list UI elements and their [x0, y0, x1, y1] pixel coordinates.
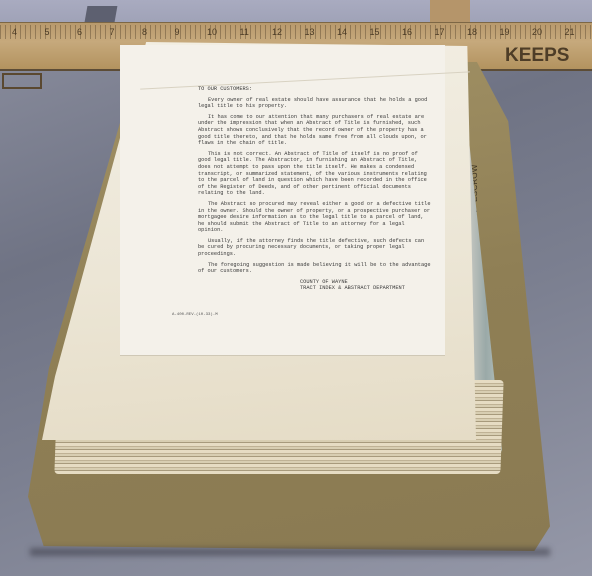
bowtie-logo-icon: [2, 73, 42, 89]
notice-salutation: TO OUR CUSTOMERS:: [198, 86, 433, 93]
ruler-number: 21: [565, 27, 575, 37]
ruler-slogan-text: KEEPS: [505, 45, 569, 67]
ruler-scale: 456789101112131415161718192021: [0, 25, 592, 39]
ruler-number: 9: [175, 27, 180, 37]
ruler-number: 19: [500, 27, 510, 37]
ruler-number: 8: [142, 27, 147, 37]
form-number: A-400-REV-(10-33)-M: [172, 313, 218, 317]
notice-paragraph: Every owner of real estate should have a…: [198, 97, 433, 110]
notice-paragraph: The Abstract so procured may reveal eith…: [198, 201, 433, 234]
ruler-number: 10: [207, 27, 217, 37]
ruler-number: 18: [467, 27, 477, 37]
ruler-number: 6: [77, 27, 82, 37]
ruler-number: 7: [110, 27, 115, 37]
ruler-number: 14: [337, 27, 347, 37]
customer-notice: TO OUR CUSTOMERS: Every owner of real es…: [198, 86, 433, 292]
ruler-number: 4: [12, 27, 17, 37]
notice-paragraph: It has come to our attention that many p…: [198, 114, 433, 147]
ruler-number: 15: [370, 27, 380, 37]
notice-paragraph: Usually, if the attorney finds the title…: [198, 238, 433, 258]
notice-signature-line2: TRACT INDEX & ABSTRACT DEPARTMENT: [300, 285, 433, 292]
ruler-number: 20: [532, 27, 542, 37]
ruler-number: 12: [272, 27, 282, 37]
notice-paragraph: This is not correct. An Abstract of Titl…: [198, 151, 433, 197]
notice-signature-line1: COUNTY OF WAYNE: [300, 279, 433, 286]
ruler-number: 17: [435, 27, 445, 37]
notice-paragraph: The foregoing suggestion is made believi…: [198, 262, 433, 275]
ruler-number: 5: [45, 27, 50, 37]
photo-scene: 456789101112131415161718192021 RST KEEPS…: [0, 0, 592, 576]
envelope-shadow: [30, 548, 550, 556]
ruler-number: 13: [305, 27, 315, 37]
ruler-number: 16: [402, 27, 412, 37]
ruler-number: 11: [240, 27, 249, 37]
notice-body: Every owner of real estate should have a…: [198, 97, 433, 275]
metal-clip: [85, 6, 118, 22]
